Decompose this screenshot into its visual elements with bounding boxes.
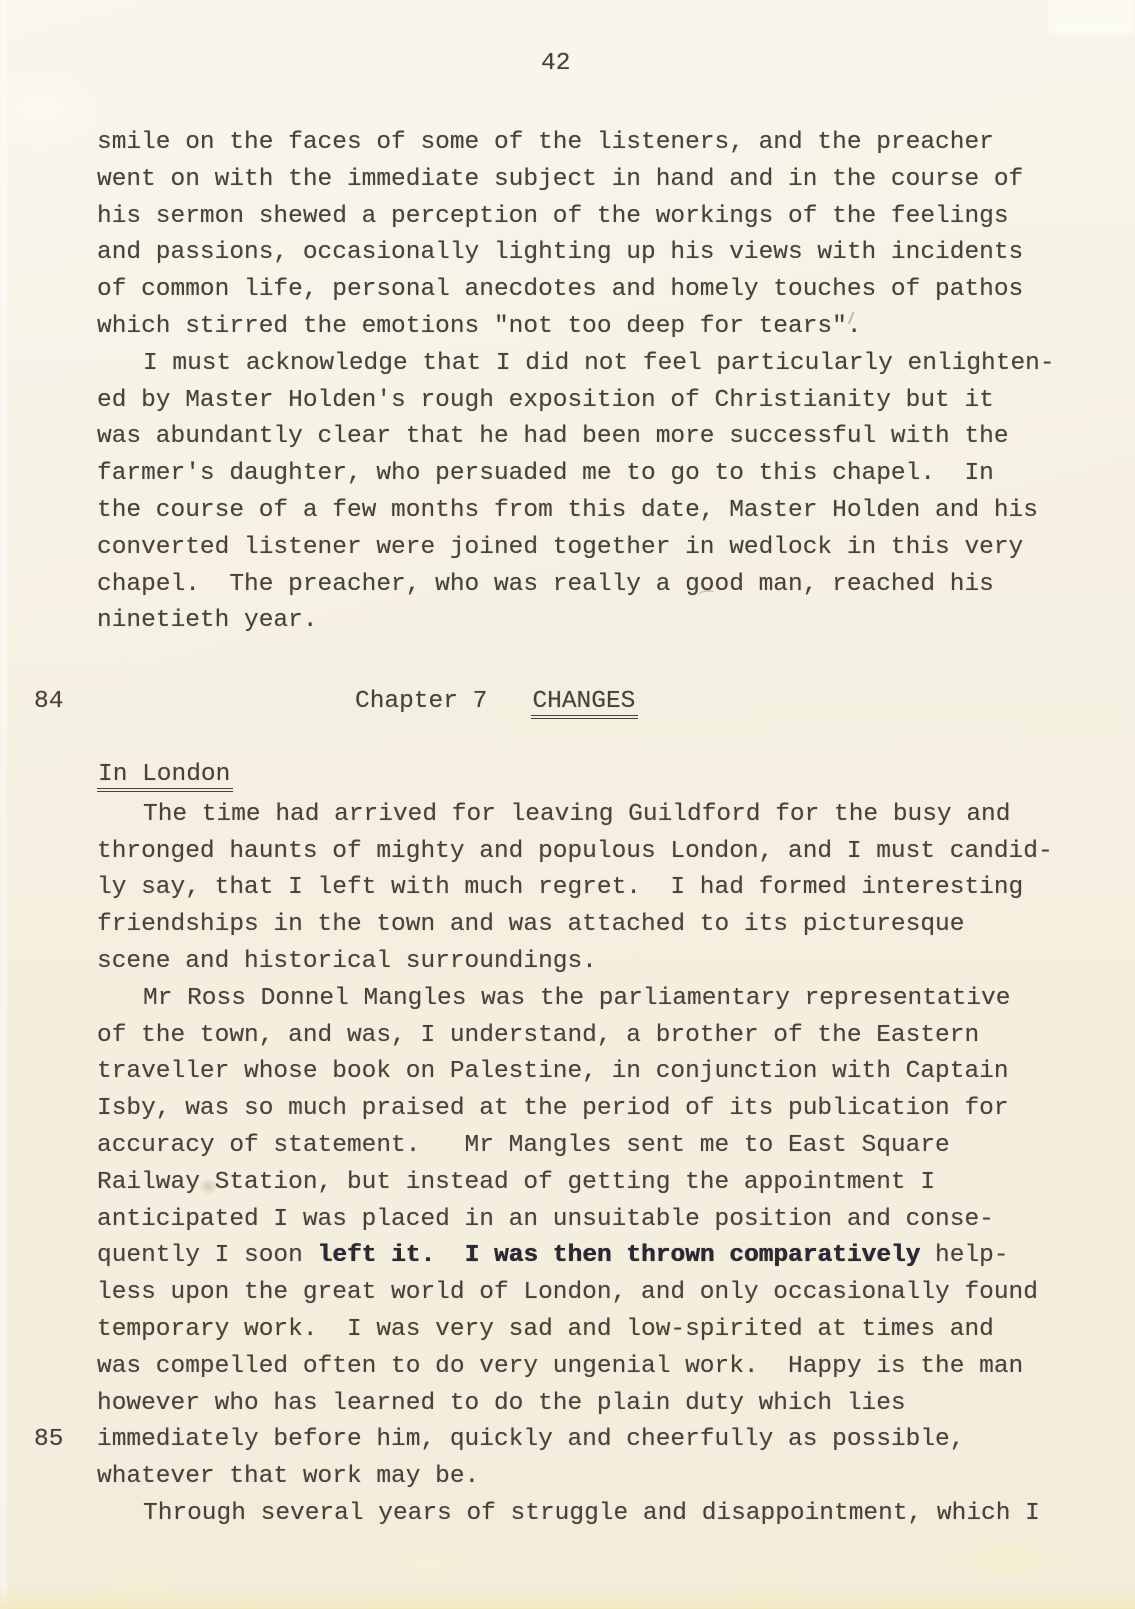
text-line: ninetieth year. [97, 603, 1063, 640]
paper-edge-bottom [0, 1586, 1135, 1609]
page-number: 42 [541, 50, 570, 78]
text-line: Through several years of struggle and di… [97, 1496, 1063, 1533]
text-line: thronged haunts of mighty and populous L… [97, 834, 1063, 871]
text-line: friendships in the town and was attached… [97, 907, 1063, 944]
section-heading: In London [97, 757, 1063, 794]
text-line: ly say, that I left with much regret. I … [97, 870, 1063, 907]
text-line: farmer's daughter, who persuaded me to g… [97, 456, 1063, 493]
text-line: of common life, personal anecdotes and h… [97, 272, 1063, 309]
paragraph: I must acknowledge that I did not feel p… [97, 346, 1063, 640]
text-line: Isby, was so much praised at the period … [97, 1091, 1063, 1128]
text-line: accuracy of statement. Mr Mangles sent m… [97, 1128, 1063, 1165]
text-line: the course of a few months from this dat… [97, 493, 1063, 530]
manuscript-page: 42 smile on the faces of some of the lis… [0, 0, 1135, 1609]
text-line: 85immediately before him, quickly and ch… [97, 1422, 1063, 1459]
text-line: his sermon shewed a perception of the wo… [97, 199, 1063, 236]
text-line: went on with the immediate subject in ha… [97, 162, 1063, 199]
paragraph: Mr Ross Donnel Mangles was the parliamen… [97, 981, 1063, 1496]
chapter-title: CHANGES [531, 688, 638, 719]
section-title: In London [97, 761, 233, 792]
text-line: ed by Master Holden's rough exposition o… [97, 383, 1063, 420]
text-line: I must acknowledge that I did not feel p… [97, 346, 1063, 383]
overstruck-text: left it. I was then thrown comparatively [318, 1242, 921, 1269]
text-line: The time had arrived for leaving Guildfo… [97, 797, 1063, 834]
text-line: was abundantly clear that he had been mo… [97, 419, 1063, 456]
paragraph: The time had arrived for leaving Guildfo… [97, 797, 1063, 981]
margin-page-number: 84 [34, 684, 63, 721]
text-line: was compelled often to do very ungenial … [97, 1349, 1063, 1386]
text-line: Mr Ross Donnel Mangles was the parliamen… [97, 981, 1063, 1018]
text-body: smile on the faces of some of the listen… [97, 125, 1063, 1533]
text-line: of the town, and was, I understand, a br… [97, 1018, 1063, 1055]
text-line: smile on the faces of some of the listen… [97, 125, 1063, 162]
text-line: whatever that work may be. [97, 1459, 1063, 1496]
text-line: converted listener were joined together … [97, 530, 1063, 567]
chapter-label: Chapter 7 [355, 688, 487, 715]
text-line: quently I soon left it. I was then throw… [97, 1238, 1063, 1275]
chapter-heading: 84Chapter 7 CHANGES [97, 684, 1063, 721]
text-line: and passions, occasionally lighting up h… [97, 235, 1063, 272]
paper-tint-bottom [0, 1520, 1135, 1609]
paper-tint-top-right [1048, 0, 1135, 34]
text-line: which stirred the emotions "not too deep… [97, 309, 1063, 346]
text-line: Railway Station, but instead of getting … [97, 1165, 1063, 1202]
text-line: chapel. The preacher, who was really a g… [97, 567, 1063, 604]
margin-page-number: 85 [34, 1422, 63, 1459]
text-line: less upon the great world of London, and… [97, 1275, 1063, 1312]
text-line: scene and historical surroundings. [97, 944, 1063, 981]
text-line: however who has learned to do the plain … [97, 1386, 1063, 1423]
paragraph: Through several years of struggle and di… [97, 1496, 1063, 1533]
text-line: temporary work. I was very sad and low-s… [97, 1312, 1063, 1349]
text-line: anticipated I was placed in an unsuitabl… [97, 1202, 1063, 1239]
paragraph: smile on the faces of some of the listen… [97, 125, 1063, 346]
paper-edge-left [0, 0, 7, 1609]
text-line: traveller whose book on Palestine, in co… [97, 1054, 1063, 1091]
